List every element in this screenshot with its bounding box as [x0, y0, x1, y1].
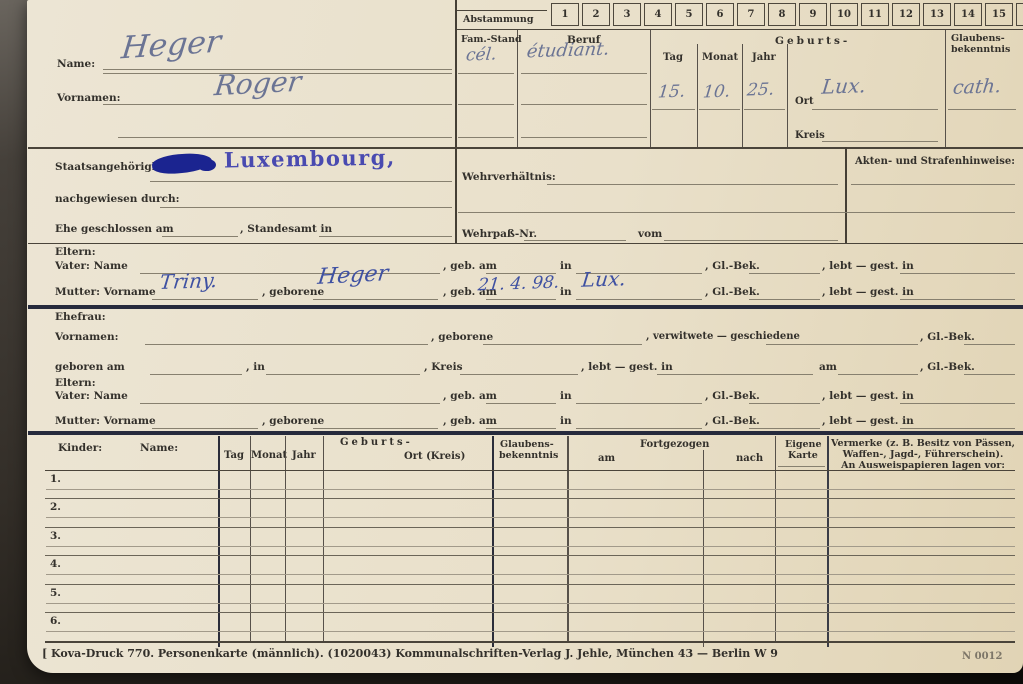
wehrpass-nr-label: Wehrpaß-Nr. [462, 229, 537, 240]
table-border [250, 436, 251, 641]
fill-line [160, 207, 452, 208]
abstammung-box-5: 5 [675, 3, 703, 26]
ort-label: Ort [795, 97, 814, 107]
fill-line [486, 428, 556, 429]
fill-line [838, 374, 918, 375]
serial-number: N 0012 [962, 652, 1002, 662]
geb-am-label: , geb. am [443, 391, 497, 402]
personenkarte-card [27, 0, 1023, 673]
kinder-row-number: 5. [50, 588, 61, 599]
abstammung-box-8: 8 [768, 3, 796, 26]
mutter-label: Mutter: Vorname [55, 287, 156, 298]
row-line [46, 574, 1015, 575]
ehefrau-eltern-label: Eltern: [55, 378, 96, 389]
ehefrau-mutter-label: Mutter: Vorname [55, 416, 156, 427]
printer-imprint: [ Kova-Druck 770. Personenkarte (männlic… [42, 648, 778, 659]
vermerke-line-1: Vermerke (z. B. Besitz von Pässen, [831, 438, 1015, 449]
abstammung-box-4: 4 [644, 3, 672, 26]
jahr-label: Jahr [752, 53, 776, 63]
monat-label: Monat [702, 53, 738, 63]
nachgewiesen-label: nachgewiesen durch: [55, 194, 180, 205]
heavy-section-rule [28, 305, 1023, 309]
lebt-gest-label: , lebt — gest. in [581, 362, 673, 373]
in-label: in [560, 261, 572, 272]
row-line [45, 498, 1015, 499]
section-divider [28, 147, 1023, 149]
abstammung-box-3: 3 [613, 3, 641, 26]
table-header-border [45, 470, 1015, 471]
cell-border [742, 44, 743, 147]
geborene-label: , geborene [262, 287, 324, 298]
in-label: in [560, 416, 572, 427]
religion-handwritten: cath. [952, 77, 1002, 98]
kinder-jahr-label: Jahr [292, 451, 316, 461]
fill-line [162, 236, 238, 237]
abstammung-box-2: 2 [582, 3, 610, 26]
abstammung-box-15: 15 [985, 3, 1013, 26]
row-line [45, 584, 1015, 585]
abstammung-number-boxes: 1 2 3 4 5 6 7 8 9 10 11 12 13 14 15 16 [551, 3, 1023, 26]
fill-line [521, 137, 647, 138]
fill-line [458, 73, 514, 74]
fill-line [266, 374, 420, 375]
abstammung-box-14: 14 [954, 3, 982, 26]
gl-bek-label: , Gl.-Bek. [705, 261, 760, 272]
kinder-fortgezogen-label: Fortgezogen [640, 440, 709, 450]
ehe-geschlossen-label: Ehe geschlossen am [55, 224, 174, 235]
fill-line [319, 236, 452, 237]
kinder-name-label: Name: [140, 443, 178, 454]
mutter-geb-am-handwritten: 21. 4. 98. [477, 275, 560, 295]
fill-line [576, 428, 702, 429]
birth-day-handwritten: 15. [657, 84, 686, 102]
fill-line [851, 184, 1015, 185]
mutter-geborene-handwritten: Heger [316, 263, 389, 289]
kinder-eigene-label-line1: Eigene [785, 440, 822, 450]
abstammung-box-16: 16 [1016, 3, 1023, 26]
table-border [567, 436, 569, 641]
row-line [45, 527, 1015, 528]
glaubensbekenntnis-label-line2: bekenntnis [951, 45, 1010, 55]
fill-line [749, 428, 820, 429]
standesamt-label: , Standesamt in [240, 224, 332, 235]
geborene-label: , geborene [262, 416, 324, 427]
gl-bek-label: , Gl.-Bek. [705, 391, 760, 402]
abstammung-box-1: 1 [551, 3, 579, 26]
kinder-am-label: am [598, 454, 615, 464]
fill-line [486, 299, 556, 300]
gl-bek-label: , Gl.-Bek. [705, 287, 760, 298]
fill-line [460, 374, 578, 375]
birth-place-handwritten: Lux. [821, 75, 867, 97]
table-bottom-border [45, 641, 1015, 643]
luxembourg-stamp: Luxembourg, [224, 145, 396, 173]
kinder-section-label: Kinder: [58, 443, 102, 454]
ink-redaction-blot [198, 159, 216, 171]
table-border [703, 450, 704, 647]
fill-line [150, 181, 452, 182]
fill-line [822, 141, 938, 142]
kinder-geburts-label: Geburts- [340, 438, 413, 448]
cell-border [945, 30, 946, 147]
eltern-section-label: Eltern: [55, 247, 96, 258]
kinder-glaubens-label-line2: bekenntnis [499, 451, 558, 461]
kinder-eigene-label-line2: Karte [788, 451, 818, 461]
fill-line [766, 344, 918, 345]
birth-month-handwritten: 10. [702, 84, 731, 102]
table-border [285, 436, 286, 641]
fill-line [964, 374, 1015, 375]
row-line [46, 603, 1015, 604]
fill-line [664, 240, 838, 241]
table-border [492, 436, 494, 647]
fill-line [458, 212, 1015, 213]
cell-border [778, 466, 825, 467]
glaubensbekenntnis-label-line1: Glaubens- [951, 34, 1005, 44]
geboren-am-label: geboren am [55, 362, 125, 373]
fill-line [486, 403, 556, 404]
lebt-gest-label: , lebt — gest. in [822, 261, 914, 272]
fill-line [900, 403, 1015, 404]
tag-label: Tag [663, 53, 683, 63]
fill-line [145, 344, 428, 345]
table-border [775, 436, 776, 641]
cell-border [455, 29, 1023, 30]
kinder-nach-label: nach [736, 454, 763, 464]
table-border [323, 436, 324, 641]
fill-line [749, 299, 820, 300]
fill-line [458, 137, 514, 138]
abstammung-label: Abstammung [463, 15, 533, 25]
photo-of-registration-card: Name: Heger Vornamen: Roger Abstammung 1… [0, 0, 1023, 684]
cell-border [517, 30, 518, 147]
fill-line [458, 104, 514, 105]
heavy-section-rule [28, 431, 1023, 435]
cell-border [845, 147, 847, 243]
birth-year-handwritten: 25. [746, 82, 775, 100]
abstammung-box-13: 13 [923, 3, 951, 26]
fill-line [103, 104, 452, 105]
fill-line [576, 299, 702, 300]
gl-bek-label: , Gl.-Bek. [705, 416, 760, 427]
abstammung-box-7: 7 [737, 3, 765, 26]
geb-am-label: , geb. am [443, 416, 497, 427]
verwitwete-geschiedene-label: , verwitwete — geschiedene [646, 332, 800, 342]
fill-line [313, 299, 438, 300]
fill-line [152, 428, 258, 429]
fill-line [152, 299, 258, 300]
in-label: in [560, 391, 572, 402]
geborene-label: , geborene [431, 332, 493, 343]
vornamen-handwritten-entry: Roger [213, 68, 303, 100]
lebt-gest-label: , lebt — gest. in [822, 287, 914, 298]
cell-border [787, 44, 788, 147]
kinder-row-number: 1. [50, 474, 61, 485]
gl-bek-label: , Gl.-Bek. [920, 362, 975, 373]
vermerke-line-2: Waffen-, Jagd-, Führerschein). [831, 449, 1015, 460]
row-line [46, 546, 1015, 547]
kinder-row-number: 6. [50, 616, 61, 627]
kinder-vermerke-label: Vermerke (z. B. Besitz von Pässen, Waffe… [831, 438, 1015, 471]
kinder-tag-label: Tag [224, 451, 244, 461]
vornamen-label: Vornamen: [57, 93, 120, 104]
row-line [46, 489, 1015, 490]
cell-border [650, 30, 651, 147]
name-label: Name: [57, 59, 95, 70]
fill-line [521, 104, 647, 105]
fill-line [150, 374, 242, 375]
fill-line [964, 344, 1015, 345]
fill-line [744, 109, 785, 110]
cell-border [697, 44, 698, 147]
kinder-glaubens-label-line1: Glaubens- [500, 440, 554, 450]
table-border [827, 436, 829, 647]
fill-line [524, 240, 626, 241]
fill-line [948, 109, 1016, 110]
cell-border [455, 0, 457, 243]
vom-label: vom [638, 229, 662, 240]
row-line [46, 517, 1015, 518]
fill-line [900, 299, 1015, 300]
kinder-row-number: 2. [50, 502, 61, 513]
lebt-gest-label: , lebt — gest. in [822, 416, 914, 427]
am-label: am [819, 362, 837, 373]
fill-line [547, 184, 838, 185]
fill-line [812, 109, 938, 110]
fill-line [576, 403, 702, 404]
kinder-monat-label: Monat [251, 451, 287, 461]
ehefrau-vornamen-label: Vornamen: [55, 332, 118, 343]
in-label: in [560, 287, 572, 298]
ehefrau-section-label: Ehefrau: [55, 312, 106, 323]
row-line [45, 612, 1015, 613]
ehefrau-vater-label: Vater: Name [55, 391, 128, 402]
mutter-vorname-handwritten: Triny. [159, 270, 219, 292]
abstammung-box-9: 9 [799, 3, 827, 26]
row-line [45, 555, 1015, 556]
fam-stand-label: Fam.-Stand [461, 35, 522, 45]
kreis-label: Kreis [795, 131, 825, 141]
wehrverhaeltnis-label: Wehrverhältnis: [462, 172, 556, 183]
kinder-ort-kreis-label: Ort (Kreis) [404, 452, 465, 462]
fill-line [313, 428, 438, 429]
lebt-gest-label: , lebt — gest. in [822, 391, 914, 402]
fill-line [657, 374, 813, 375]
in-label: , in [246, 362, 265, 373]
kreis-label: , Kreis [424, 362, 463, 373]
geb-am-label: , geb. am [443, 261, 497, 272]
row-line [46, 631, 1015, 632]
vater-label: Vater: Name [55, 261, 128, 272]
akten-strafenhinweise-label: Akten- und Strafenhinweise: [855, 157, 1015, 167]
kinder-row-number: 4. [50, 559, 61, 570]
beruf-handwritten-entry: étudiant. [526, 41, 610, 62]
fill-line [652, 109, 695, 110]
fill-line [749, 273, 820, 274]
fill-line [483, 344, 642, 345]
fill-line [900, 428, 1015, 429]
fill-line [118, 137, 452, 138]
fill-line [699, 109, 740, 110]
fill-line [521, 73, 647, 74]
abstammung-box-12: 12 [892, 3, 920, 26]
fill-line [749, 403, 820, 404]
fam-stand-handwritten-entry: cél. [465, 46, 497, 64]
gl-bek-label: , Gl.-Bek. [920, 332, 975, 343]
mutter-in-handwritten: Lux. [581, 268, 627, 290]
kinder-row-number: 3. [50, 531, 61, 542]
fill-line [140, 403, 440, 404]
name-handwritten-entry: Heger [120, 27, 223, 65]
abstammung-box-10: 10 [830, 3, 858, 26]
fill-line [900, 273, 1015, 274]
cell-border [457, 10, 547, 11]
table-border [218, 436, 220, 647]
abstammung-box-6: 6 [706, 3, 734, 26]
section-divider [28, 243, 1023, 244]
abstammung-box-11: 11 [861, 3, 889, 26]
